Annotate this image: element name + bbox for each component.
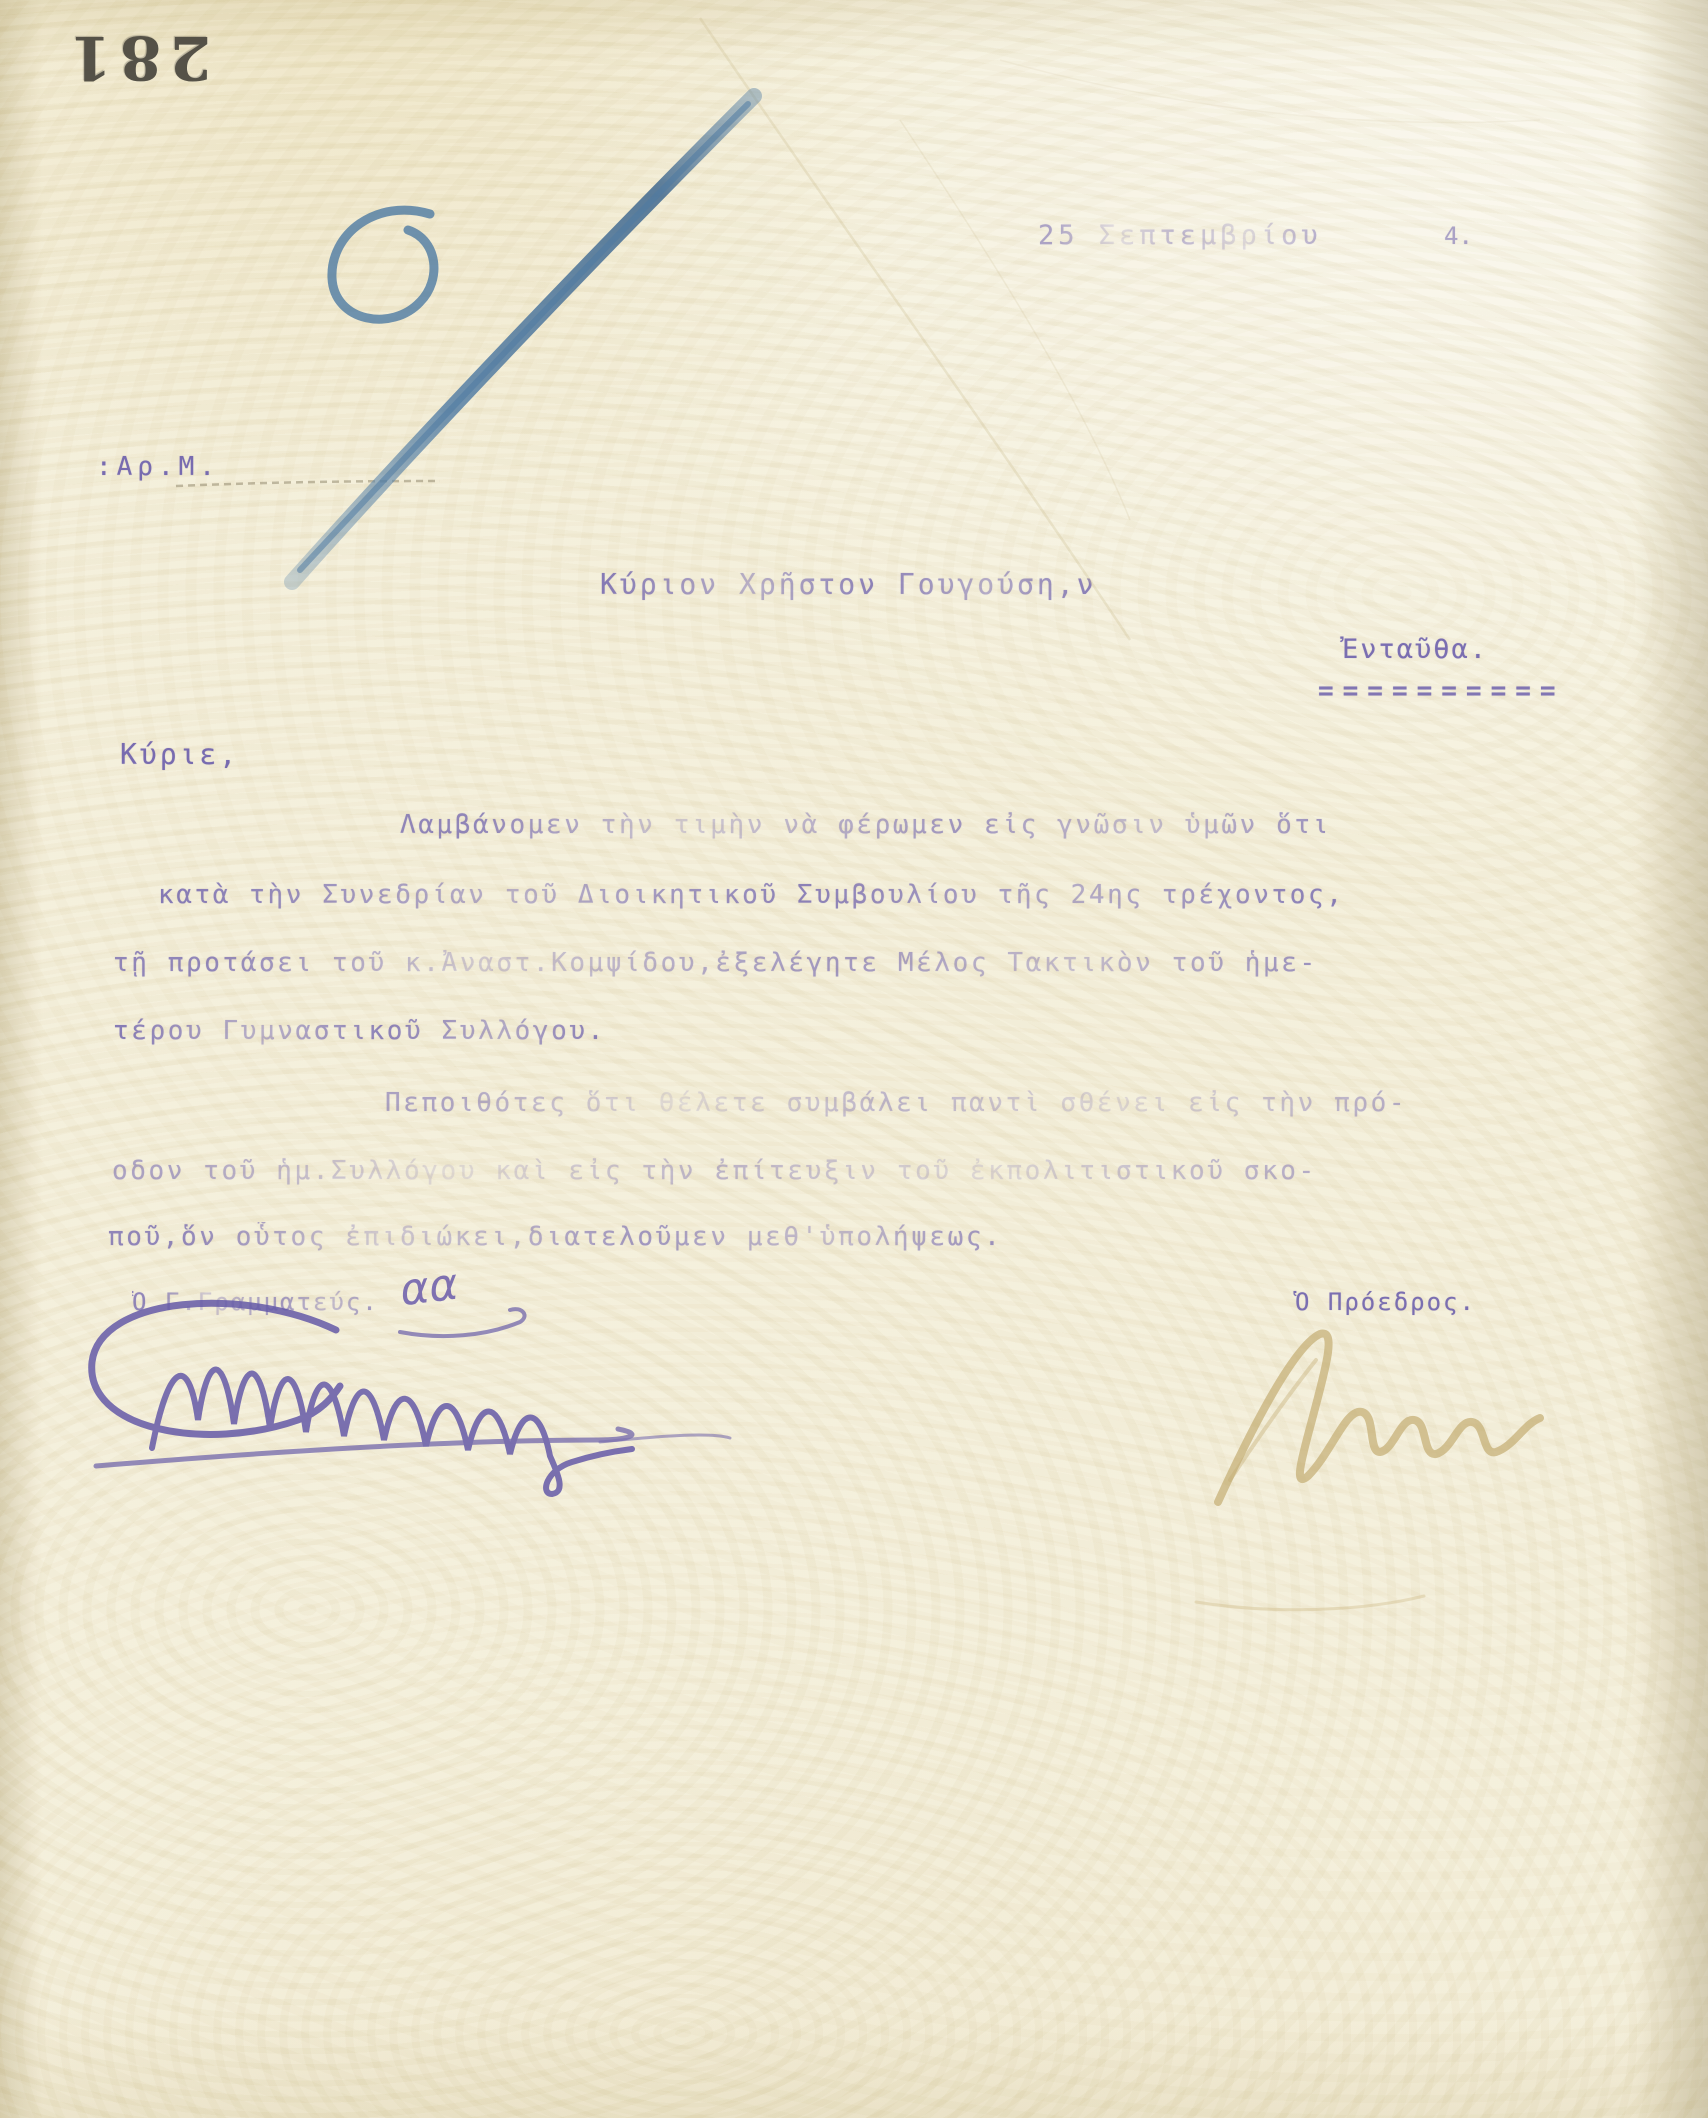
scan-edge-shading xyxy=(1636,0,1708,2118)
date-line: 25 Σεπτεμβρίου xyxy=(1038,220,1322,251)
secretary-title: Ὁ Γ.Γραμματεύς. xyxy=(132,1288,379,1316)
ref-number-label: :Αρ.Μ. xyxy=(96,452,220,482)
location-line: Ἐνταῦθα. xyxy=(1342,634,1488,665)
body-line: τῇ προτάσει τοῦ κ.Ἀναστ.Κομψίδου,ἐξελέγη… xyxy=(113,948,1318,978)
page-number-stamp: 281 xyxy=(62,22,211,92)
paper-texture xyxy=(0,0,1708,2118)
date-suffix: 4. xyxy=(1444,222,1473,250)
handwriting-overlay xyxy=(0,0,1708,2118)
president-signature xyxy=(1196,1333,1540,1609)
body-line: κατὰ τὴν Συνεδρίαν τοῦ Διοικητικοῦ Συμβο… xyxy=(158,880,1344,910)
blue-crayon-mark xyxy=(292,96,754,582)
salutation: Κύριε, xyxy=(120,738,239,771)
body-line: Λαμβάνομεν τὴν τιμὴν νὰ φέρωμεν εἰς γνῶσ… xyxy=(400,810,1331,840)
letter-page: 281 25 Σεπτεμβρίου 4. :Αρ.Μ. Κύριον Χρῆσ… xyxy=(0,0,1708,2118)
body-line: ποῦ,ὅν οὗτος ἐπιδιώκει,διατελοῦμεν μεθ'ὑ… xyxy=(108,1222,1002,1252)
body-line: τέρου Γυμναστικοῦ Συλλόγου. xyxy=(113,1016,606,1046)
location-underline: ========== xyxy=(1318,676,1565,706)
body-line: Πεποιθότες ὅτι θέλετε συμβάλει παντὶ σθέ… xyxy=(385,1088,1407,1118)
president-title: Ὁ Πρόεδρος. xyxy=(1295,1288,1476,1316)
body-line: οδον τοῦ ἡμ.Συλλόγου καὶ εἰς τὴν ἐπίτευξ… xyxy=(112,1156,1317,1186)
secretary-signature xyxy=(92,1303,730,1494)
addressee-line: Κύριον Χρῆστον Γουγούση,ν xyxy=(600,568,1096,601)
secretary-script-note: αα xyxy=(397,1259,461,1317)
crease-lines xyxy=(700,18,1540,640)
